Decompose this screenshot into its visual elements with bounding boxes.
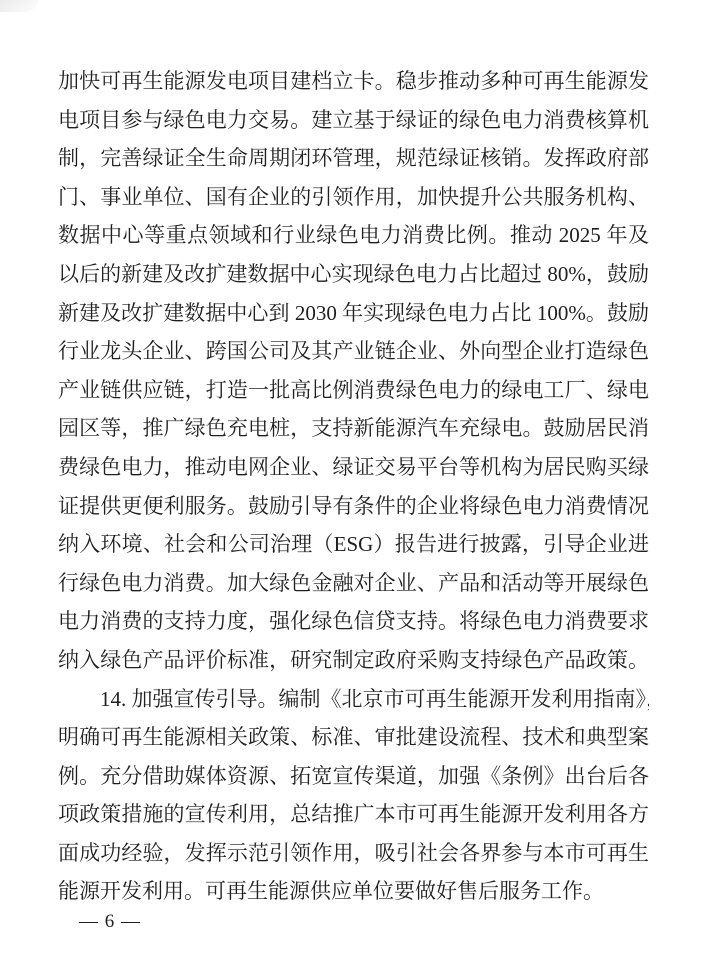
text-line: 制，完善绿证全生命周期闭环管理，规范绿证核销。发挥政府部 [58,139,649,178]
text-line: 电项目参与绿色电力交易。建立基于绿证的绿色电力消费核算机 [58,101,649,140]
text-line: 产业链供应链，打造一批高比例消费绿色电力的绿电工厂、绿电 [58,371,649,410]
text-line: 例。充分借助媒体资源、拓宽宣传渠道，加强《条例》出台后各 [58,757,649,796]
text-line: 新建及改扩建数据中心到 2030 年实现绿色电力占比 100%。鼓励 [58,294,649,333]
text-line: 明确可再生能源相关政策、标准、审批建设流程、技术和典型案 [58,718,649,757]
body-text: 加快可再生能源发电项目建档立卡。稳步推动多种可再生能源发电项目参与绿色电力交易。… [58,62,649,911]
page-number: — 6 — [79,910,141,934]
text-line: 加快可再生能源发电项目建档立卡。稳步推动多种可再生能源发 [58,62,649,101]
text-line: 能源开发利用。可再生能源供应单位要做好售后服务工作。 [58,872,649,911]
text-line: 电力消费的支持力度，强化绿色信贷支持。将绿色电力消费要求 [58,602,649,641]
text-line: 费绿色电力，推动电网企业、绿证交易平台等机构为居民购买绿 [58,448,649,487]
text-line: 纳入绿色产品评价标准，研究制定政府采购支持绿色产品政策。 [58,641,649,680]
text-line: 面成功经验，发挥示范引领作用，吸引社会各界参与本市可再生 [58,834,649,873]
text-line: 数据中心等重点领域和行业绿色电力消费比例。推动 2025 年及 [58,216,649,255]
text-line: 行业龙头企业、跨国公司及其产业链企业、外向型企业打造绿色 [58,332,649,371]
text-line: 行绿色电力消费。加大绿色金融对企业、产品和活动等开展绿色 [58,564,649,603]
document-page: 加快可再生能源发电项目建档立卡。稳步推动多种可再生能源发电项目参与绿色电力交易。… [0,0,704,974]
text-line: 门、事业单位、国有企业的引领作用，加快提升公共服务机构、 [58,178,649,217]
text-line: 项政策措施的宣传利用，总结推广本市可再生能源开发利用各方 [58,795,649,834]
text-line: 园区等，推广绿色充电桩，支持新能源汽车充绿电。鼓励居民消 [58,409,649,448]
text-line: 纳入环境、社会和公司治理（ESG）报告进行披露，引导企业进 [58,525,649,564]
text-line: 证提供更便利服务。鼓励引导有条件的企业将绿色电力消费情况 [58,487,649,526]
text-line: 14. 加强宣传引导。编制《北京市可再生能源开发利用指南》， [58,680,649,719]
text-line: 以后的新建及改扩建数据中心实现绿色电力占比超过 80%，鼓励 [58,255,649,294]
scan-edge-artifact [0,0,38,12]
